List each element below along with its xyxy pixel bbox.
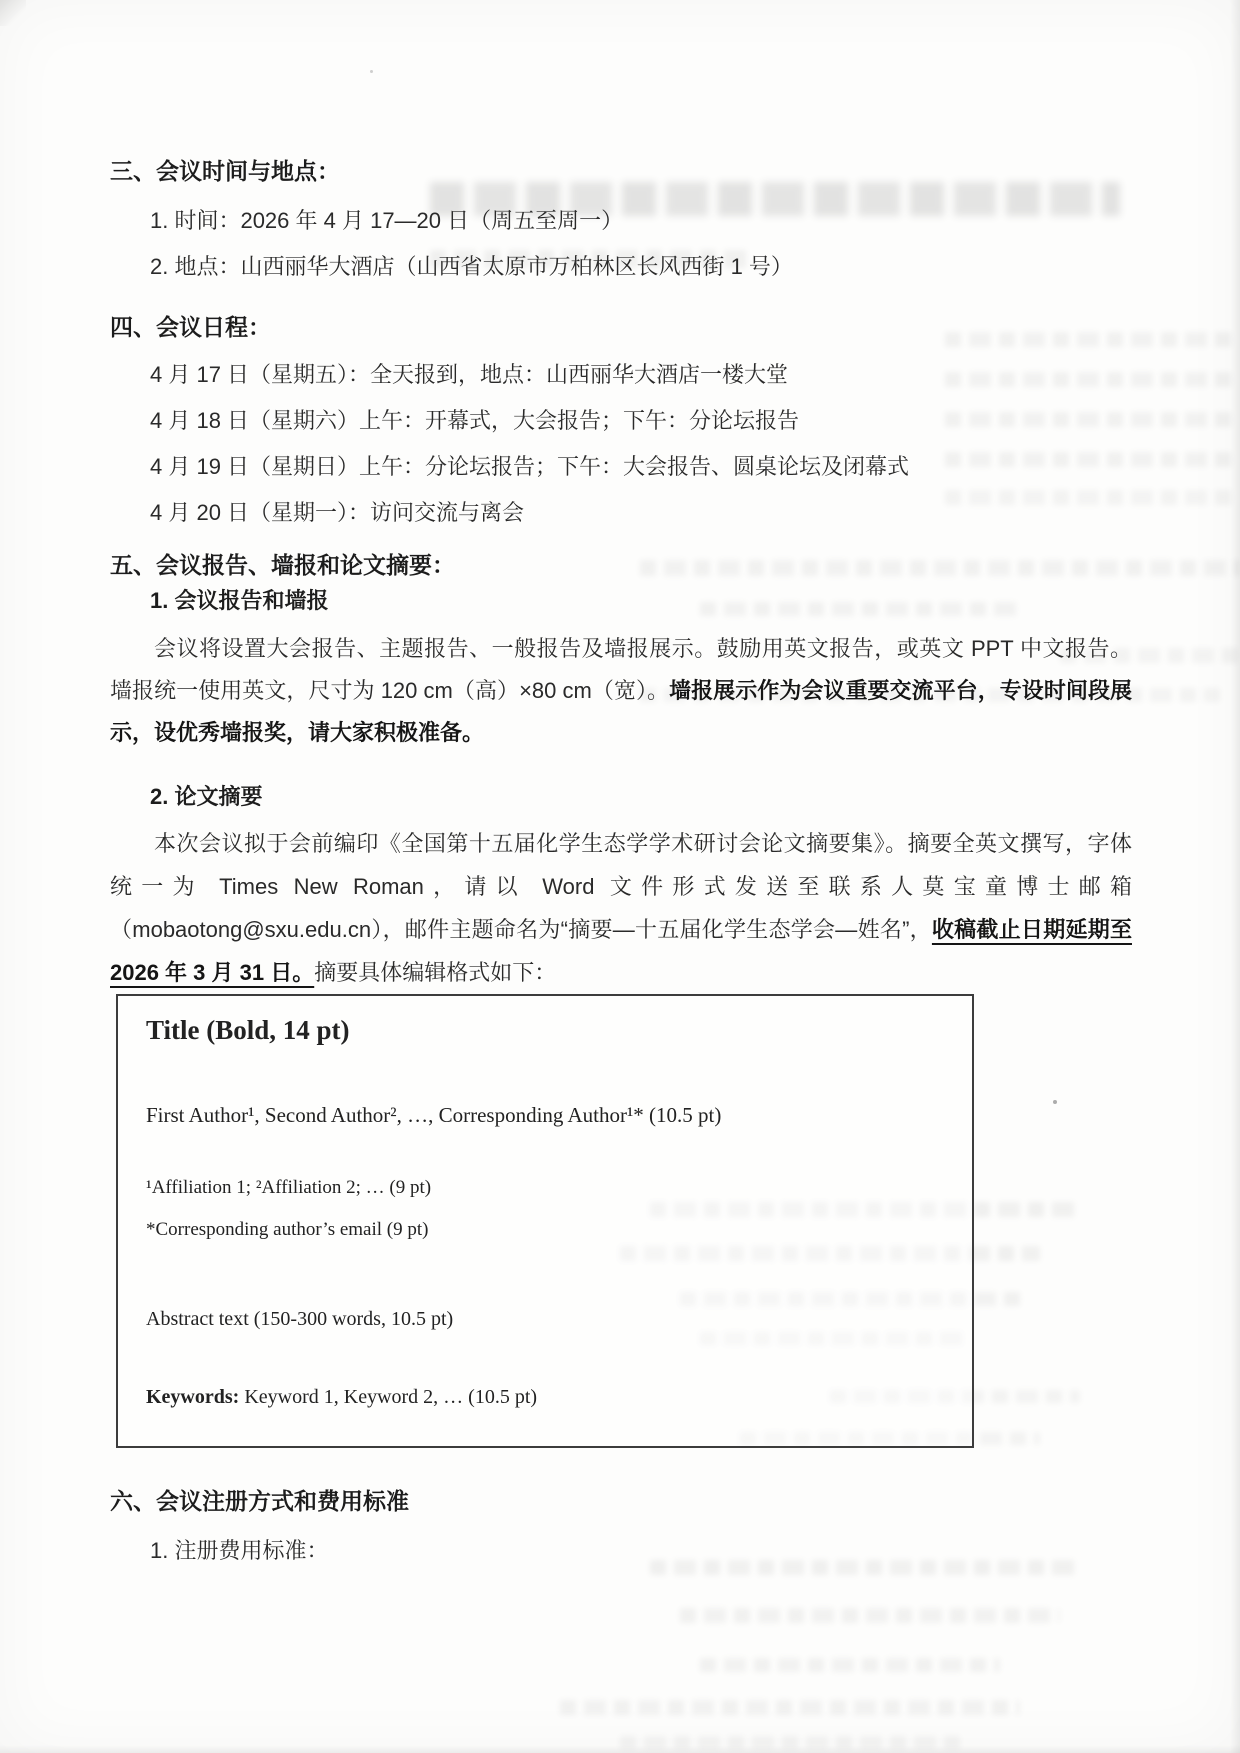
- schedule-list: 4 月 17 日（星期五）：全天报到，地点：山西丽华大酒店一楼大堂 4 月 18…: [110, 352, 1132, 536]
- document-content: 三、会议时间与地点： 1. 时间：2026 年 4 月 17—20 日（周五至周…: [110, 156, 1132, 1574]
- schedule-item-day4: 4 月 20 日（星期一）：访问交流与离会: [150, 490, 1132, 536]
- section-heading-schedule: 四、会议日程：: [110, 312, 1132, 342]
- section-heading-registration: 六、会议注册方式和费用标准: [110, 1486, 1132, 1516]
- bleed-through-artifact: [560, 1700, 1020, 1715]
- list-item-location: 2. 地点：山西丽华大酒店（山西省太原市万柏林区长风西街 1 号）: [150, 244, 1132, 290]
- sub-heading-abstracts: 2. 论文摘要: [150, 782, 1132, 812]
- abstract-box-abstract: Abstract text (150-300 words, 10.5 pt): [146, 1306, 942, 1332]
- abstract-box-authors: First Author¹, Second Author², …, Corres…: [146, 1102, 942, 1128]
- schedule-item-day3: 4 月 19 日（星期日）上午：分论坛报告；下午：大会报告、圆桌论坛及闭幕式: [150, 444, 1132, 490]
- scan-edge-shade: [1230, 0, 1240, 1753]
- paragraph-abstracts-tail: 摘要具体编辑格式如下：: [314, 960, 556, 985]
- abstract-box-affiliations: ¹Affiliation 1; ²Affiliation 2; … (9 pt): [146, 1176, 942, 1200]
- abstract-box-email: *Corresponding author’s email (9 pt): [146, 1218, 942, 1242]
- abstract-format-box: Title (Bold, 14 pt) First Author¹, Secon…: [116, 994, 974, 1448]
- scanned-document-page: 三、会议时间与地点： 1. 时间：2026 年 4 月 17—20 日（周五至周…: [0, 0, 1240, 1753]
- bleed-through-artifact: [700, 1658, 1000, 1672]
- list-item-time: 1. 时间：2026 年 4 月 17—20 日（周五至周一）: [150, 198, 1132, 244]
- section-heading-reports: 五、会议报告、墙报和论文摘要：: [110, 550, 1132, 580]
- schedule-item-day1: 4 月 17 日（星期五）：全天报到，地点：山西丽华大酒店一楼大堂: [150, 352, 1132, 398]
- keywords-label: Keywords:: [146, 1386, 239, 1408]
- scan-speck: [370, 70, 373, 73]
- abstract-box-keywords: Keywords: Keyword 1, Keyword 2, … (10.5 …: [146, 1384, 942, 1410]
- scan-corner-shade: [0, 0, 26, 26]
- list-item-registration-fee: 1. 注册费用标准：: [150, 1528, 1132, 1574]
- paragraph-posters: 会议将设置大会报告、主题报告、一般报告及墙报展示。鼓励用英文报告，或英文 PPT…: [110, 628, 1132, 754]
- scan-edge-shade: [0, 1745, 1240, 1753]
- sub-heading-reports-posters: 1. 会议报告和墙报: [150, 586, 1132, 616]
- abstract-box-title: Title (Bold, 14 pt): [146, 1014, 942, 1046]
- bleed-through-artifact: [680, 1608, 1060, 1623]
- keywords-text: Keyword 1, Keyword 2, … (10.5 pt): [239, 1386, 537, 1408]
- schedule-item-day2: 4 月 18 日（星期六）上午：开幕式，大会报告；下午：分论坛报告: [150, 398, 1132, 444]
- paragraph-abstracts: 本次会议拟于会前编印《全国第十五届化学生态学学术研讨会论文摘要集》。摘要全英文撰…: [110, 822, 1132, 994]
- section-heading-time-location: 三、会议时间与地点：: [110, 156, 1132, 186]
